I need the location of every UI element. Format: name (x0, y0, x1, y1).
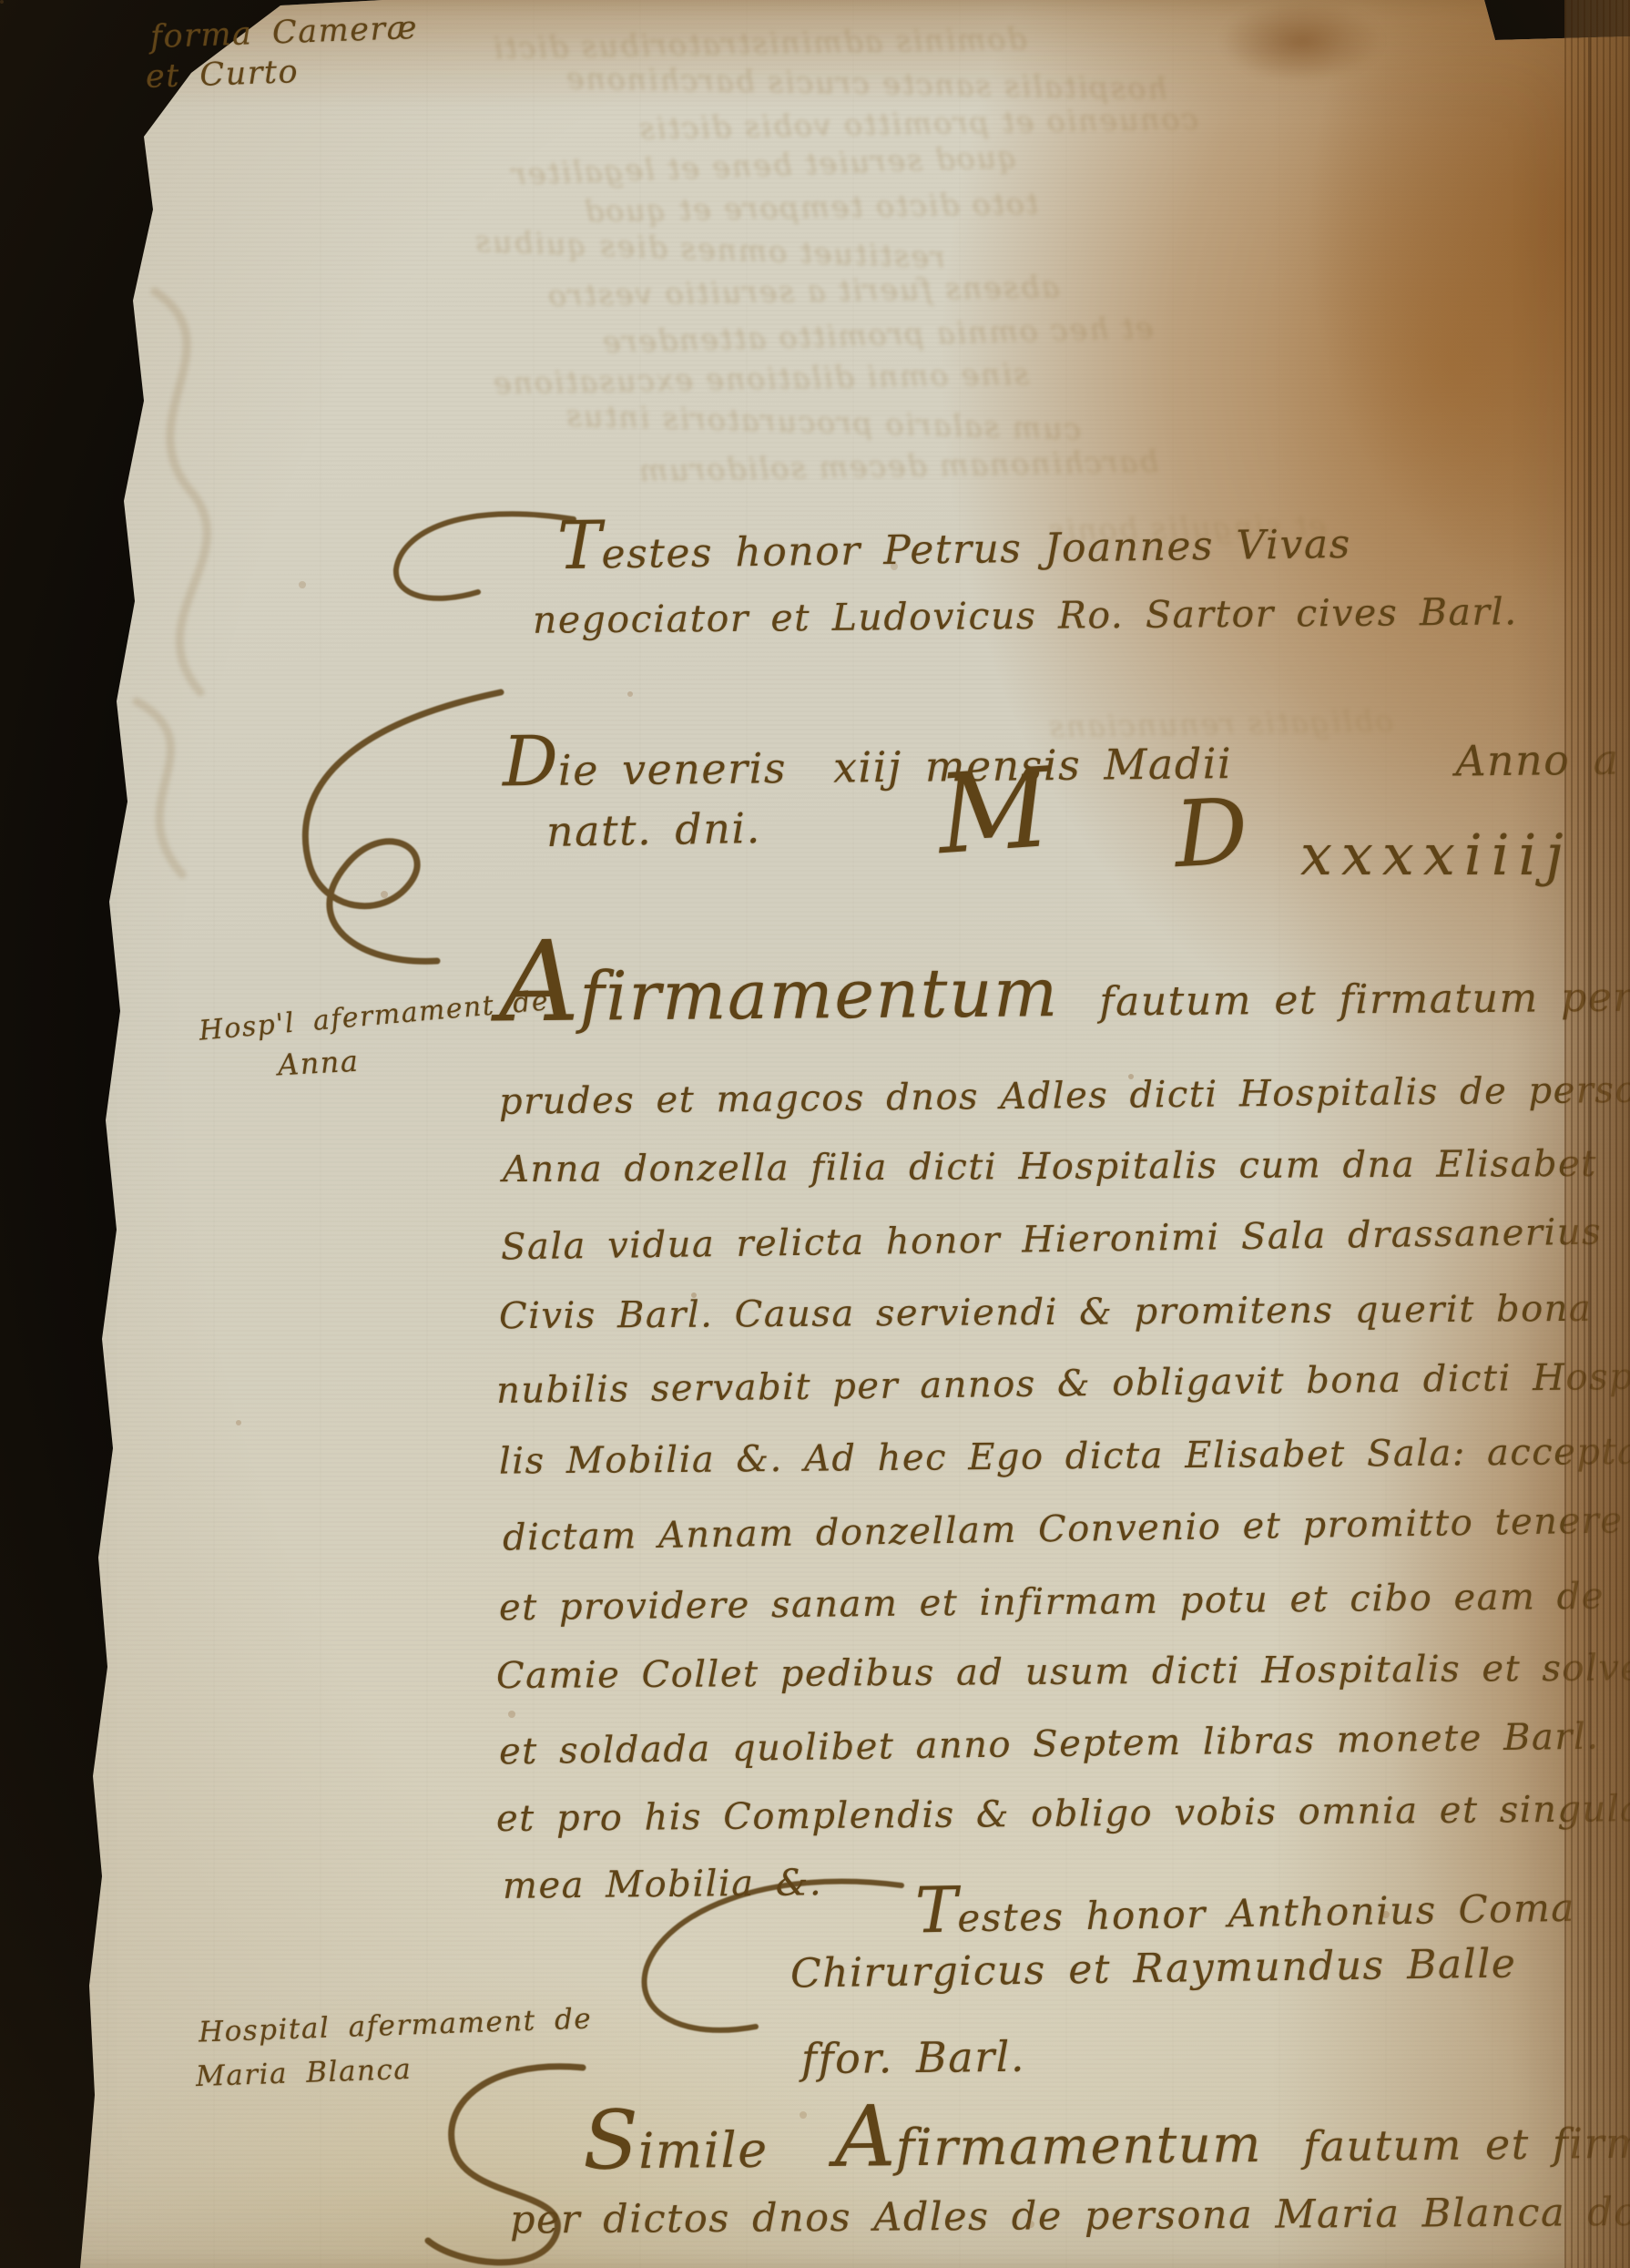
act-maria-bigword: Afirmamentum (834, 2083, 1262, 2186)
act-maria-line1: Simile Afirmamentum fautum et firmatum (582, 2078, 1630, 2189)
act-maria-line2: per dictos dnos Adles de persona Maria B… (510, 2189, 1630, 2242)
foxing-speckles (0, 0, 4, 4)
dateline-line2: natt. dni. (546, 803, 762, 856)
act-anna-bigword: Afirmamentum (498, 913, 1059, 1047)
act-anna-line10: Camie Collet pedibus ad usum dicti Hospi… (496, 1646, 1630, 1697)
margin-note-anna-line2: Anna (277, 1044, 360, 1083)
act-maria-line1-tail: fautum et firmatum (1303, 2117, 1630, 2171)
ghost-flourish (100, 273, 264, 893)
dateline-day: Die veneris (503, 719, 788, 802)
act-anna-line1: Afirmamentum fautum et firmatum per (498, 908, 1630, 1047)
year-d-numeral: D (1172, 778, 1252, 888)
top-margin-note-line2: et Curto (145, 54, 299, 96)
manuscript-photo: dominis administratoribus dicti hospital… (0, 0, 1630, 2268)
act-maria-simile: Simile (583, 2092, 769, 2189)
dateline-line1: Die veneris xiij mensis Madii Anno a (503, 710, 1620, 802)
year-m-numeral: M (933, 745, 1055, 879)
act-anna-line3: Anna donzella filia dicti Hospitalis cum… (503, 1143, 1597, 1190)
dateline-anno: Anno a (1455, 735, 1620, 786)
year-tail-numeral: xxxxiiij (1300, 822, 1573, 888)
witnesses1-line1: Testes honor Petrus Joannes Vivas (556, 497, 1351, 585)
act-anna-line1-rest: fautum et firmatum per (1099, 975, 1630, 1026)
witnesses1-line2: negociator et Ludovicus Ro. Sartor cives… (533, 589, 1518, 641)
witnesses2-line1: Testes honor Anthonius Coma (914, 1864, 1575, 1948)
act-anna-line5: Civis Barl. Causa serviendi & promitens … (499, 1288, 1593, 1337)
witnesses2-line3: ffor. Barl. (801, 2032, 1026, 2084)
